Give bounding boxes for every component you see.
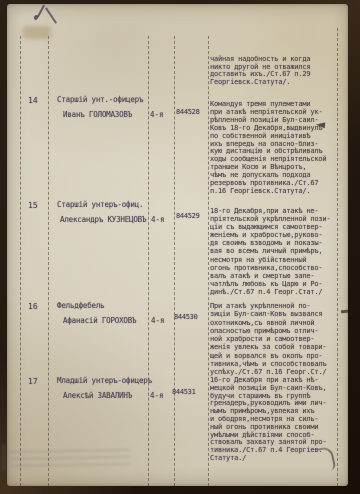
entry-rank: Младшій унтеръ-офицеръ [57,376,152,385]
entry-number: 16 [28,302,38,311]
entry-company: 4-я [150,110,164,119]
entry-name: Иванъ ГОЛОМАЗОВЪ [63,110,132,119]
entry-number: 17 [28,377,38,386]
entry-name: Александръ КУЗНЕЦОВЪ [60,215,146,224]
entry-company: 4-я [150,391,164,400]
entry-cross-number: 844529 [176,212,200,220]
column-rule-left [20,36,21,486]
entry-number: 15 [28,201,38,210]
entry-citation: Командуя тремя пулеметами при атакѣ непр… [210,101,344,196]
entry-citation: При атакѣ укрѣпленной по- зиціи Бул-саил… [210,302,344,377]
bleedthrough-smudge [2,444,6,470]
entry-cross-number: 844528 [176,108,200,116]
entry-cross-number: 844530 [174,313,198,321]
bleedthrough-smudge [10,449,130,467]
entry-rank: Старшій унт.-офицеръ [57,95,143,104]
scanned-photo-frame: чайная надобность и когда никто другой н… [0,0,360,494]
column-rule-company [174,36,175,486]
entry-rank: Фельдфебель [57,301,104,310]
faint-stamp-smudge [23,26,51,39]
entry-rank: Старшій унтеръ-офиц. [57,200,143,209]
column-rule-number [48,36,49,486]
column-rule-name [148,36,149,486]
entry-citation: 18-го Декабря,при атакѣ не- пріятельской… [210,207,344,296]
column-rule-cross [208,36,209,486]
entry-number: 14 [28,96,38,105]
entry-cross-number: 844531 [172,388,196,396]
entry-company: 4-я [151,215,165,224]
entry-name: Алексѣй ЗАВАЛИНЪ [63,391,132,400]
entry-company: 4-я [151,316,165,325]
entry-name: Афанасій ГОРОХОВЪ [63,316,136,325]
continuation-citation-text: чайная надобность и когда никто другой н… [210,56,344,86]
entry-citation: 16-го Декабря при атакѣ нѣ- мецкой позиц… [210,377,344,463]
